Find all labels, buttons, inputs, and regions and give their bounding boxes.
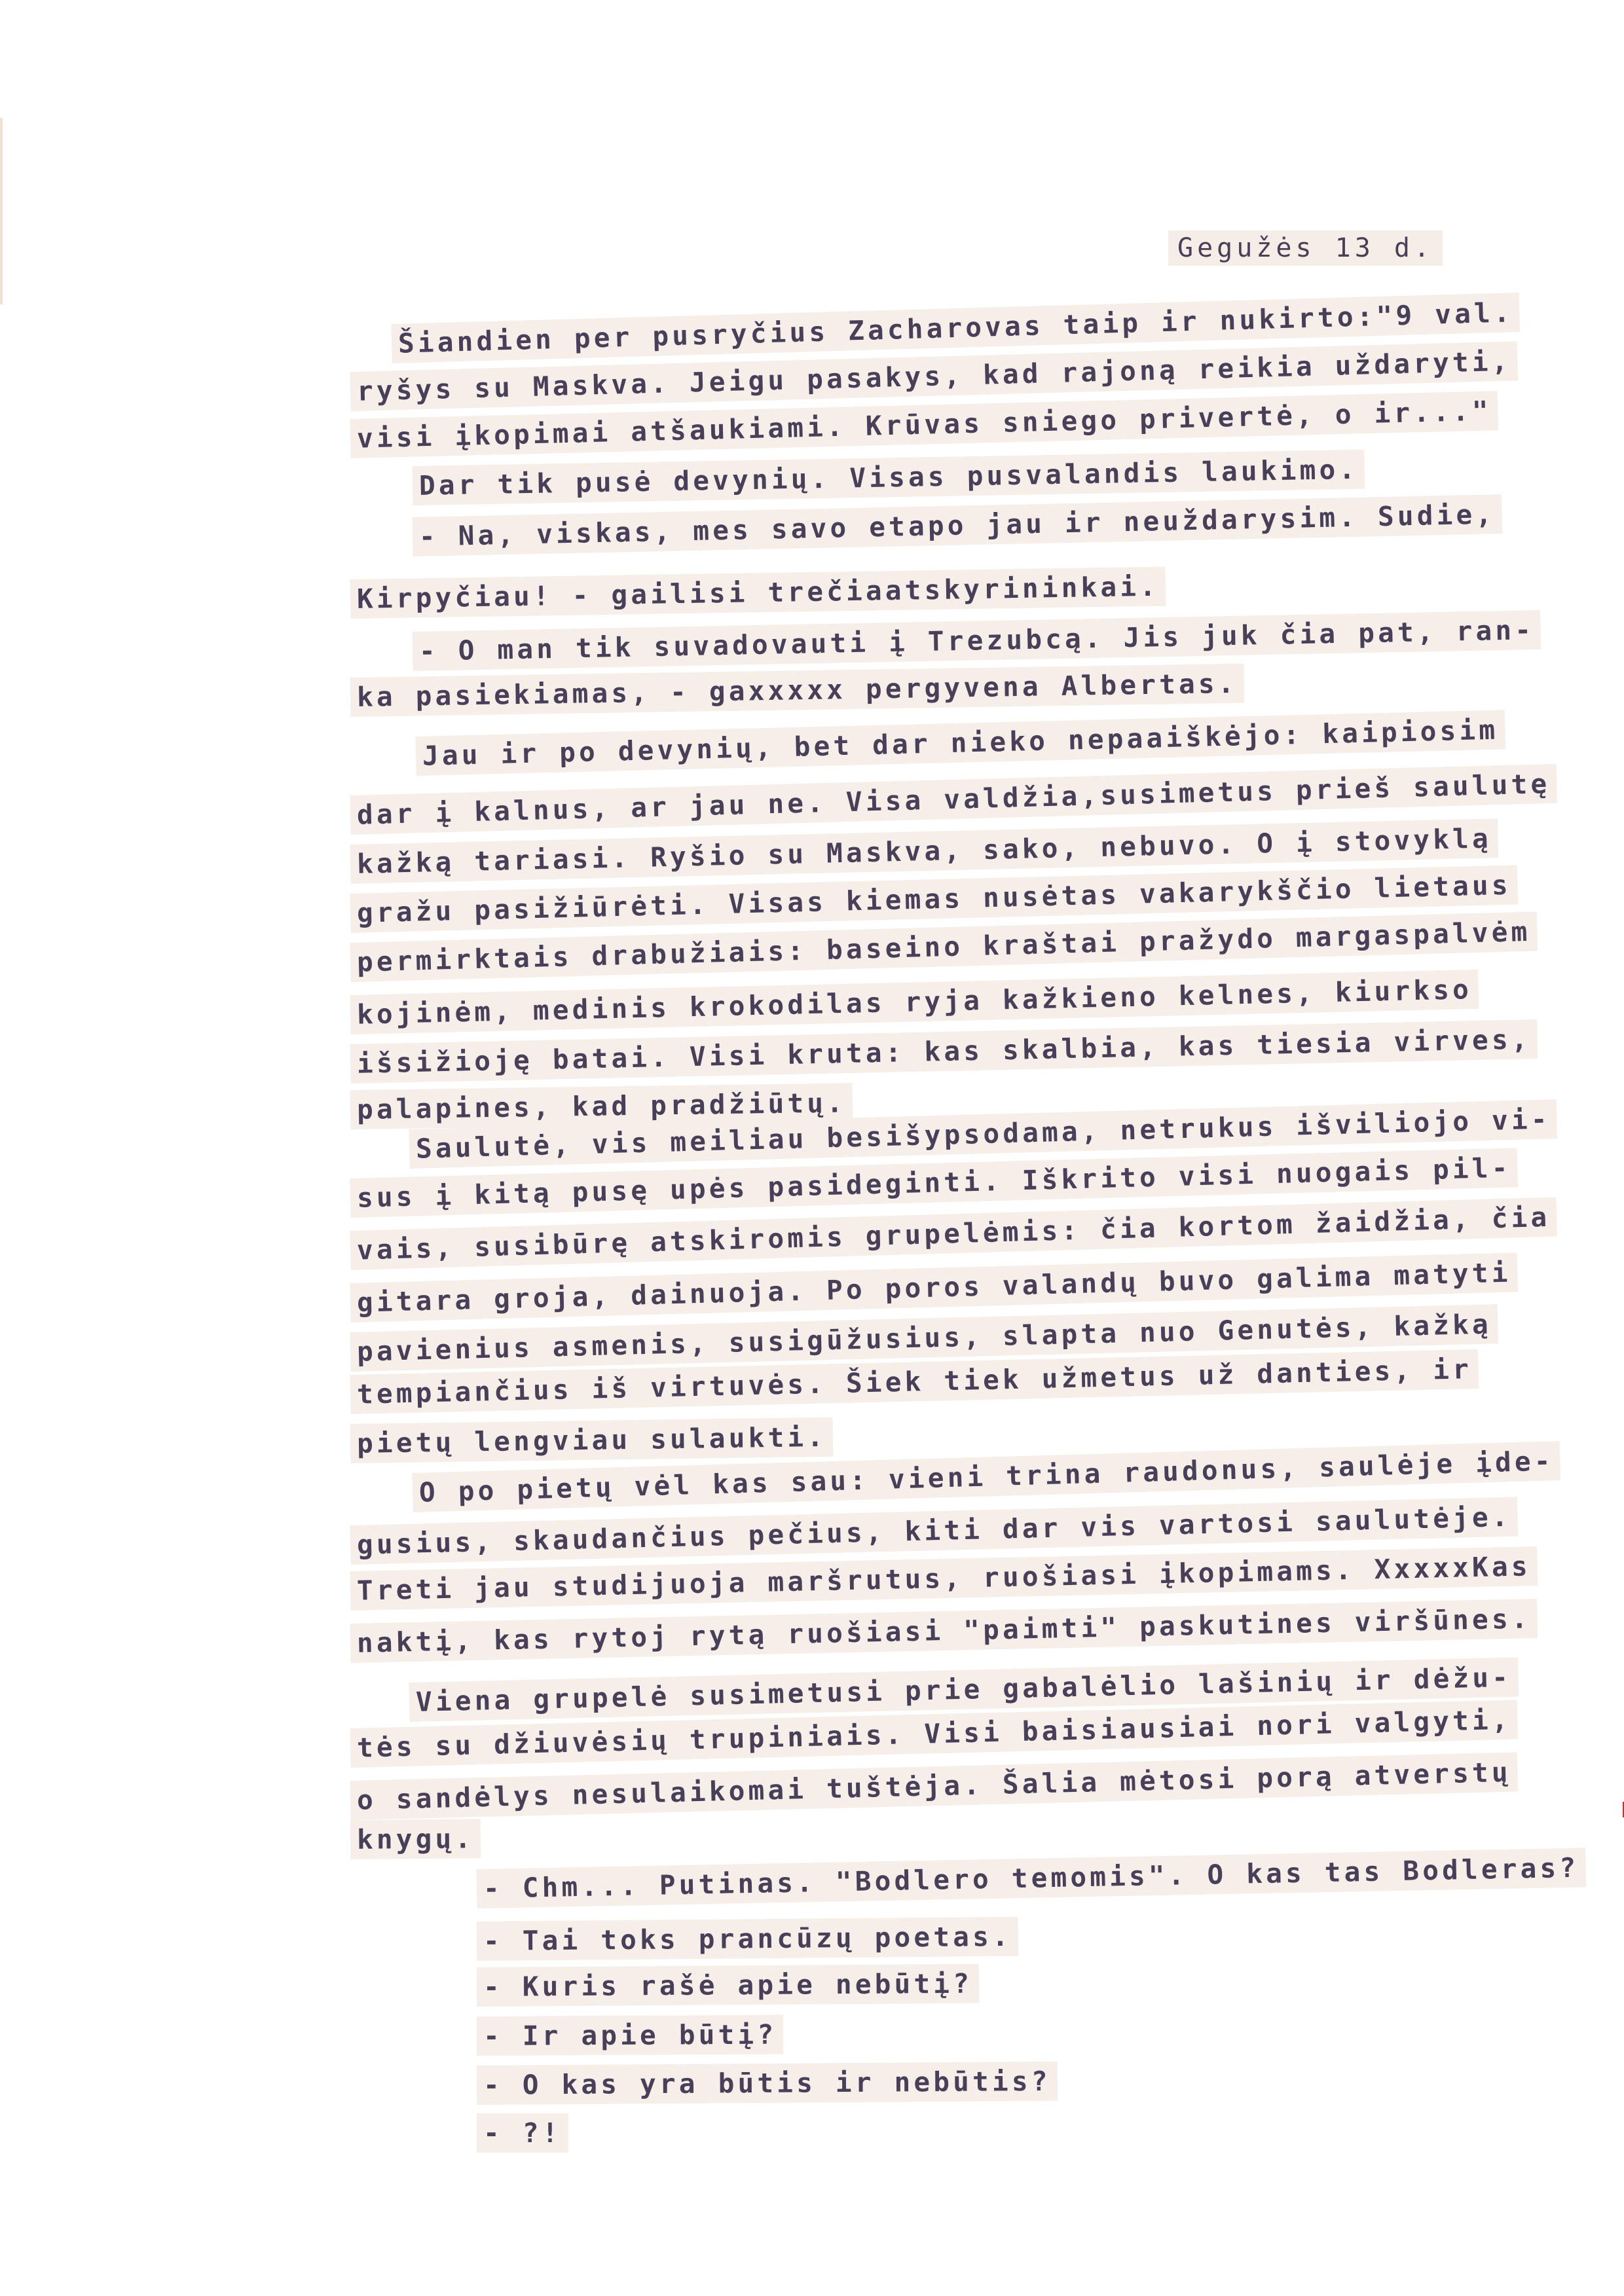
text-line: naktį, kas rytoj rytą ruošiasi "paimti" …: [350, 1599, 1538, 1663]
text-line: ka pasiekiamas, - gaxxxxx pergyvena Albe…: [350, 664, 1245, 717]
text-line: - Kuris rašė apie nebūtį?: [477, 1964, 980, 2007]
text-line: Jau ir po devynių, bet dar nieko nepaaiš…: [415, 710, 1505, 776]
text-line: pietų lengviau sulaukti.: [350, 1417, 834, 1463]
text-line: knygų.: [350, 1819, 481, 1859]
text-line: - Chm... Putinas. "Bodlero temomis". O k…: [476, 1848, 1585, 1908]
text-line: - O kas yra būtis ir nebūtis?: [477, 2062, 1058, 2105]
text-line: Dar tik pusė devynių. Visas pusvalandis …: [412, 450, 1365, 505]
text-line: - Tai toks prancūzų poetas.: [477, 1917, 1018, 1961]
date-heading: Gegužės 13 d.: [1168, 230, 1443, 266]
text-line: - Na, viskas, mes savo etapo jau ir neuž…: [412, 494, 1502, 556]
text-line: - O man tik suvadovauti į Trezubcą. Jis …: [412, 610, 1541, 671]
text-line: Kirpyčiau! - gailisi trečiaatskyrininkai…: [350, 566, 1166, 619]
text-line: - ?!: [477, 2113, 568, 2153]
text-line: - Ir apie būtį?: [477, 2015, 784, 2056]
typewritten-page: Gegužės 13 d. Šiandien per pusryčius Zac…: [0, 0, 1624, 2296]
